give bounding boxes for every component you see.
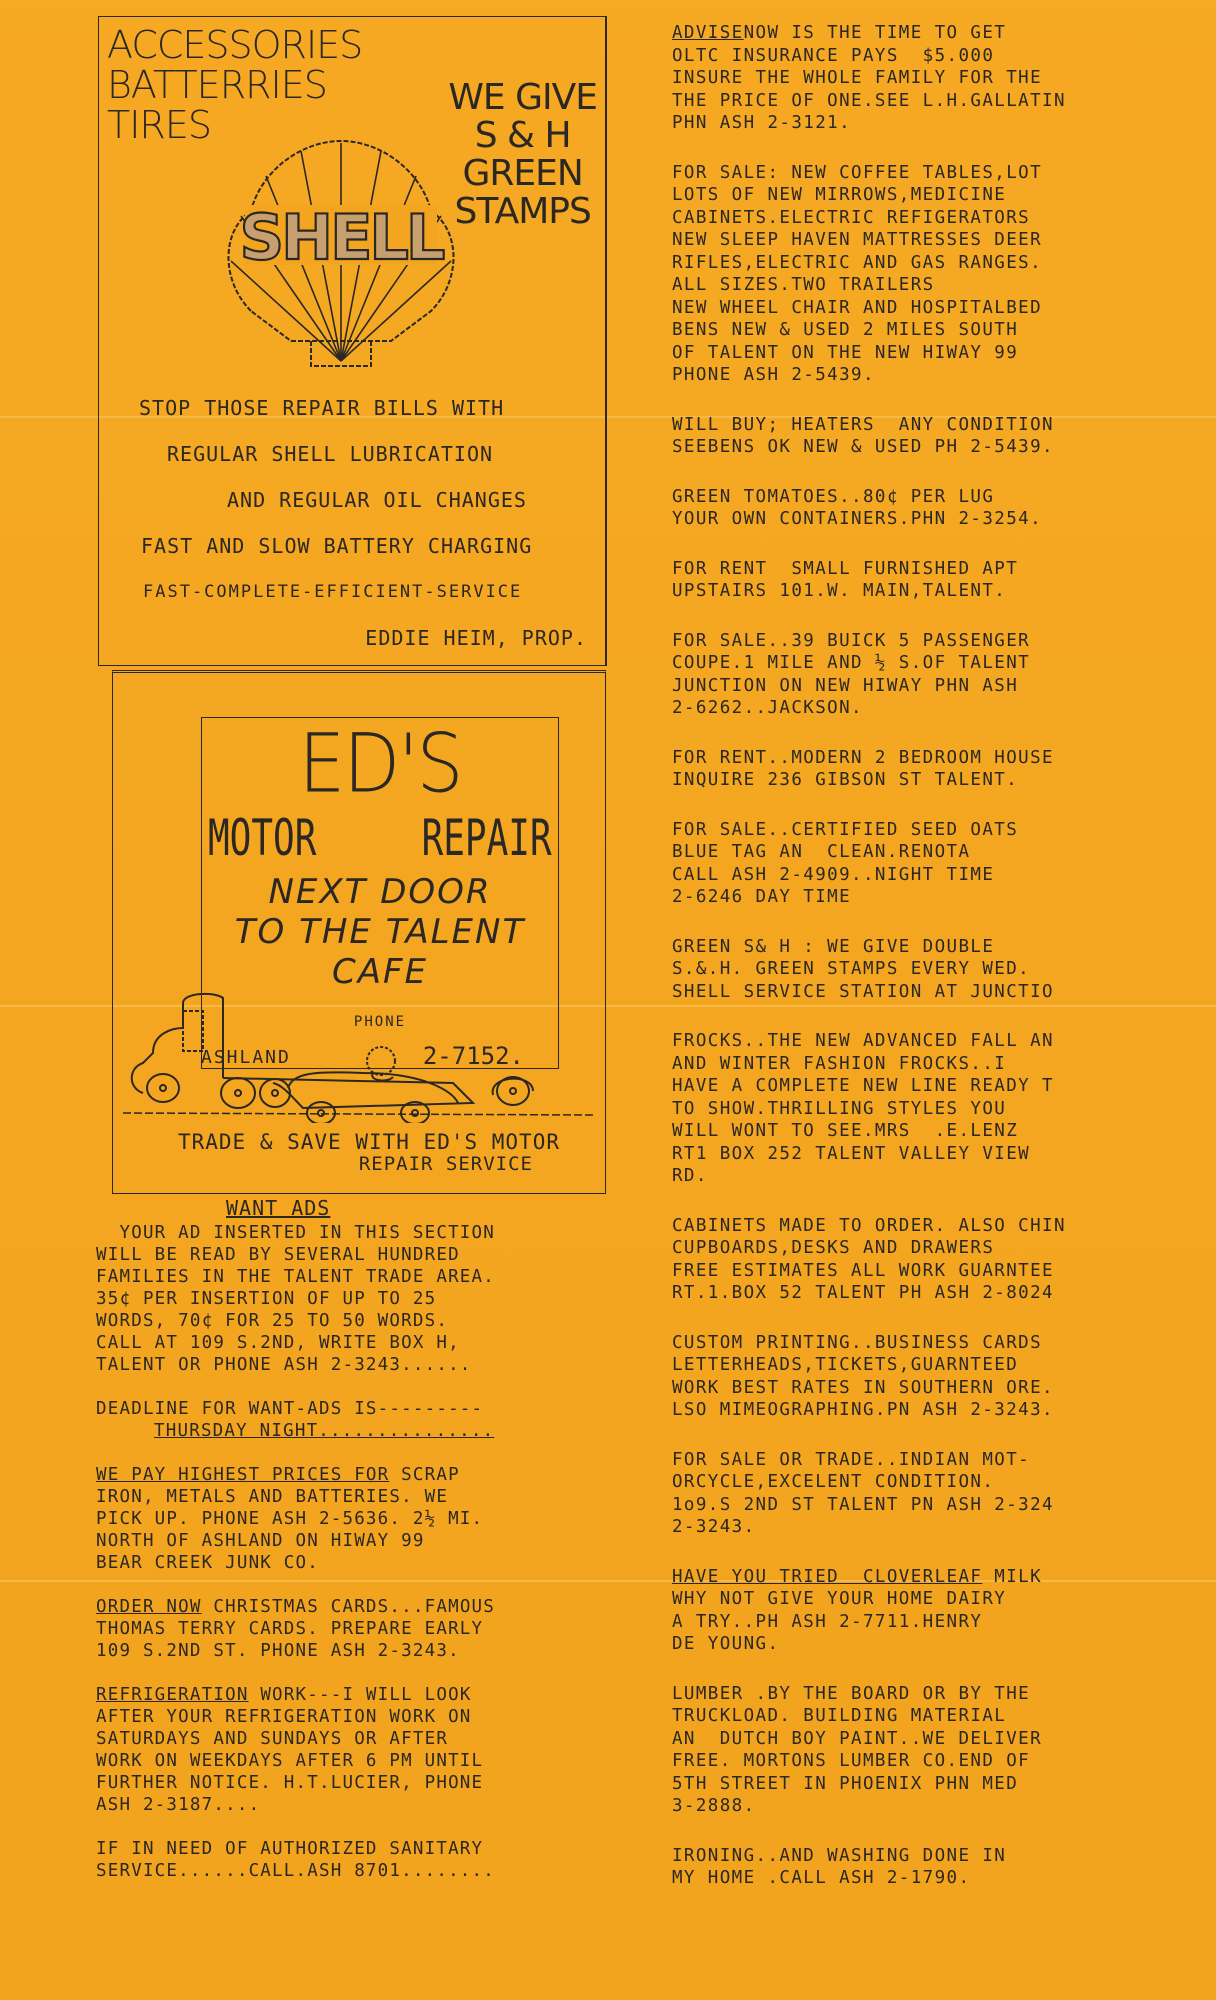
right-column: ADVISENOW IS THE TIME TO GET OLTC INSURA… — [672, 22, 1172, 1917]
classified-ad: REFRIGERATION WORK---I WILL LOOK AFTER Y… — [96, 1684, 656, 1816]
motor-word: MOTOR — [208, 810, 316, 866]
service-line: FAST-COMPLETE-EFFICIENT-SERVICE — [99, 569, 605, 615]
products-line: BATTERRIES — [107, 65, 362, 105]
eds-motor-repair-ad: ED'S MOTOR REPAIR NEXT DOOR TO THE TALEN… — [112, 670, 606, 1194]
eds-title: ED'S — [202, 720, 558, 808]
ad-body-text: WILL BUY; HEATERS ANY CONDITION SEEBENS … — [672, 415, 1054, 458]
ad-body-text: GREEN S& H : WE GIVE DOUBLE S.&.H. GREEN… — [672, 937, 1054, 1002]
ad-body-text: LUMBER .BY THE BOARD OR BY THE TRUCKLOAD… — [672, 1684, 1042, 1817]
classified-ad: ORDER NOW CHRISTMAS CARDS...FAMOUS THOMA… — [96, 1596, 656, 1662]
deadline-day: THURSDAY NIGHT............... — [96, 1420, 656, 1442]
footer-line: TRADE & SAVE WITH ED'S MOTOR — [113, 1131, 605, 1153]
shell-station-ad: ACCESSORIES BATTERRIES TIRES WE GIVE S &… — [98, 16, 607, 666]
ad-body-text: CUSTOM PRINTING..BUSINESS CARDS LETTERHE… — [672, 1333, 1054, 1421]
tow-truck-drawing-icon — [123, 973, 593, 1123]
classified-ad: FROCKS..THE NEW ADVANCED FALL AN AND WIN… — [672, 1030, 1172, 1188]
ad-body-text: FROCKS..THE NEW ADVANCED FALL AN AND WIN… — [672, 1031, 1054, 1186]
classified-ad: GREEN TOMATOES..80¢ PER LUG YOUR OWN CON… — [672, 486, 1172, 531]
classified-ad: FOR RENT SMALL FURNISHED APT UPSTAIRS 10… — [672, 558, 1172, 603]
ad-body-text: CABINETS MADE TO ORDER. ALSO CHIN CUPBOA… — [672, 1216, 1066, 1304]
repair-word: REPAIR — [422, 810, 552, 866]
want-ads-intro: YOUR AD INSERTED IN THIS SECTION WILL BE… — [96, 1222, 656, 1376]
want-ads-section: WANT ADS YOUR AD INSERTED IN THIS SECTIO… — [96, 1196, 656, 1904]
want-ads-heading: WANT ADS — [226, 1196, 656, 1220]
classified-ad: CABINETS MADE TO ORDER. ALSO CHIN CUPBOA… — [672, 1215, 1172, 1305]
classified-ad: WILL BUY; HEATERS ANY CONDITION SEEBENS … — [672, 414, 1172, 459]
ad-lead-text: WE PAY HIGHEST PRICES FOR — [96, 1465, 389, 1485]
proprietor-line: EDDIE HEIM, PROP. — [99, 615, 605, 661]
service-line: AND REGULAR OIL CHANGES — [99, 477, 605, 523]
classified-ad: FOR SALE: NEW COFFEE TABLES,LOT LOTS OF … — [672, 162, 1172, 387]
ad-body-text: FOR SALE: NEW COFFEE TABLES,LOT LOTS OF … — [672, 163, 1042, 386]
ad-lead-text: ORDER NOW — [96, 1597, 202, 1617]
svg-text:SHELL: SHELL — [240, 201, 444, 274]
classified-ad: LUMBER .BY THE BOARD OR BY THE TRUCKLOAD… — [672, 1683, 1172, 1818]
deadline-notice: DEADLINE FOR WANT-ADS IS--------- — [96, 1398, 656, 1420]
classified-ad: IF IN NEED OF AUTHORIZED SANITARY SERVIC… — [96, 1838, 656, 1882]
ad-lead-text: ADVISE — [672, 23, 744, 43]
ad-body-text: FOR RENT..MODERN 2 BEDROOM HOUSE INQUIRE… — [672, 748, 1054, 791]
service-line: FAST AND SLOW BATTERY CHARGING — [99, 523, 605, 569]
ad-body-text: IF IN NEED OF AUTHORIZED SANITARY SERVIC… — [96, 1839, 495, 1881]
classified-ad: FOR SALE..39 BUICK 5 PASSENGER COUPE.1 M… — [672, 630, 1172, 720]
ad-body-text: FOR SALE..CERTIFIED SEED OATS BLUE TAG A… — [672, 820, 1018, 908]
ad-lead-text: REFRIGERATION — [96, 1685, 249, 1705]
right-ad-list: ADVISENOW IS THE TIME TO GET OLTC INSURA… — [672, 22, 1172, 1890]
ad-lead-text: HAVE YOU TRIED CLOVERLEAF — [672, 1567, 982, 1587]
classified-ad: CUSTOM PRINTING..BUSINESS CARDS LETTERHE… — [672, 1332, 1172, 1422]
classified-ad: FOR SALE OR TRADE..INDIAN MOT- ORCYCLE,E… — [672, 1449, 1172, 1539]
classified-ad: WE PAY HIGHEST PRICES FOR SCRAP IRON, ME… — [96, 1464, 656, 1574]
left-ad-list: WE PAY HIGHEST PRICES FOR SCRAP IRON, ME… — [96, 1464, 656, 1882]
ad-body-text: IRONING..AND WASHING DONE IN MY HOME .CA… — [672, 1846, 1006, 1889]
ad-body-text: GREEN TOMATOES..80¢ PER LUG YOUR OWN CON… — [672, 487, 1042, 530]
classified-ad: HAVE YOU TRIED CLOVERLEAF MILK WHY NOT G… — [672, 1566, 1172, 1656]
eds-footer: TRADE & SAVE WITH ED'S MOTOR REPAIR SERV… — [113, 1131, 605, 1175]
tagline-line: NEXT DOOR — [202, 872, 558, 912]
tagline-line: TO THE TALENT — [202, 912, 558, 952]
ad-body-text: FOR SALE OR TRADE..INDIAN MOT- ORCYCLE,E… — [672, 1450, 1054, 1538]
classified-ad: FOR SALE..CERTIFIED SEED OATS BLUE TAG A… — [672, 819, 1172, 909]
classified-ad: IRONING..AND WASHING DONE IN MY HOME .CA… — [672, 1845, 1172, 1890]
city-label: ASHLAND — [201, 1047, 291, 1068]
classified-ad: GREEN S& H : WE GIVE DOUBLE S.&.H. GREEN… — [672, 936, 1172, 1004]
service-line: STOP THOSE REPAIR BILLS WITH — [99, 385, 605, 431]
classified-ad: ADVISENOW IS THE TIME TO GET OLTC INSURA… — [672, 22, 1172, 135]
classified-ad: FOR RENT..MODERN 2 BEDROOM HOUSE INQUIRE… — [672, 747, 1172, 792]
products-line: ACCESSORIES — [107, 25, 362, 65]
footer-line: REPAIR SERVICE — [113, 1153, 605, 1175]
shell-service-text: STOP THOSE REPAIR BILLS WITH REGULAR SHE… — [99, 385, 605, 661]
service-line: REGULAR SHELL LUBRICATION — [99, 431, 605, 477]
ad-body-text: FOR SALE..39 BUICK 5 PASSENGER COUPE.1 M… — [672, 631, 1030, 719]
ad-body-text: FOR RENT SMALL FURNISHED APT UPSTAIRS 10… — [672, 559, 1018, 602]
shell-logo-icon: SHELL — [211, 121, 471, 381]
stamps-line: WE GIVE — [448, 79, 597, 117]
